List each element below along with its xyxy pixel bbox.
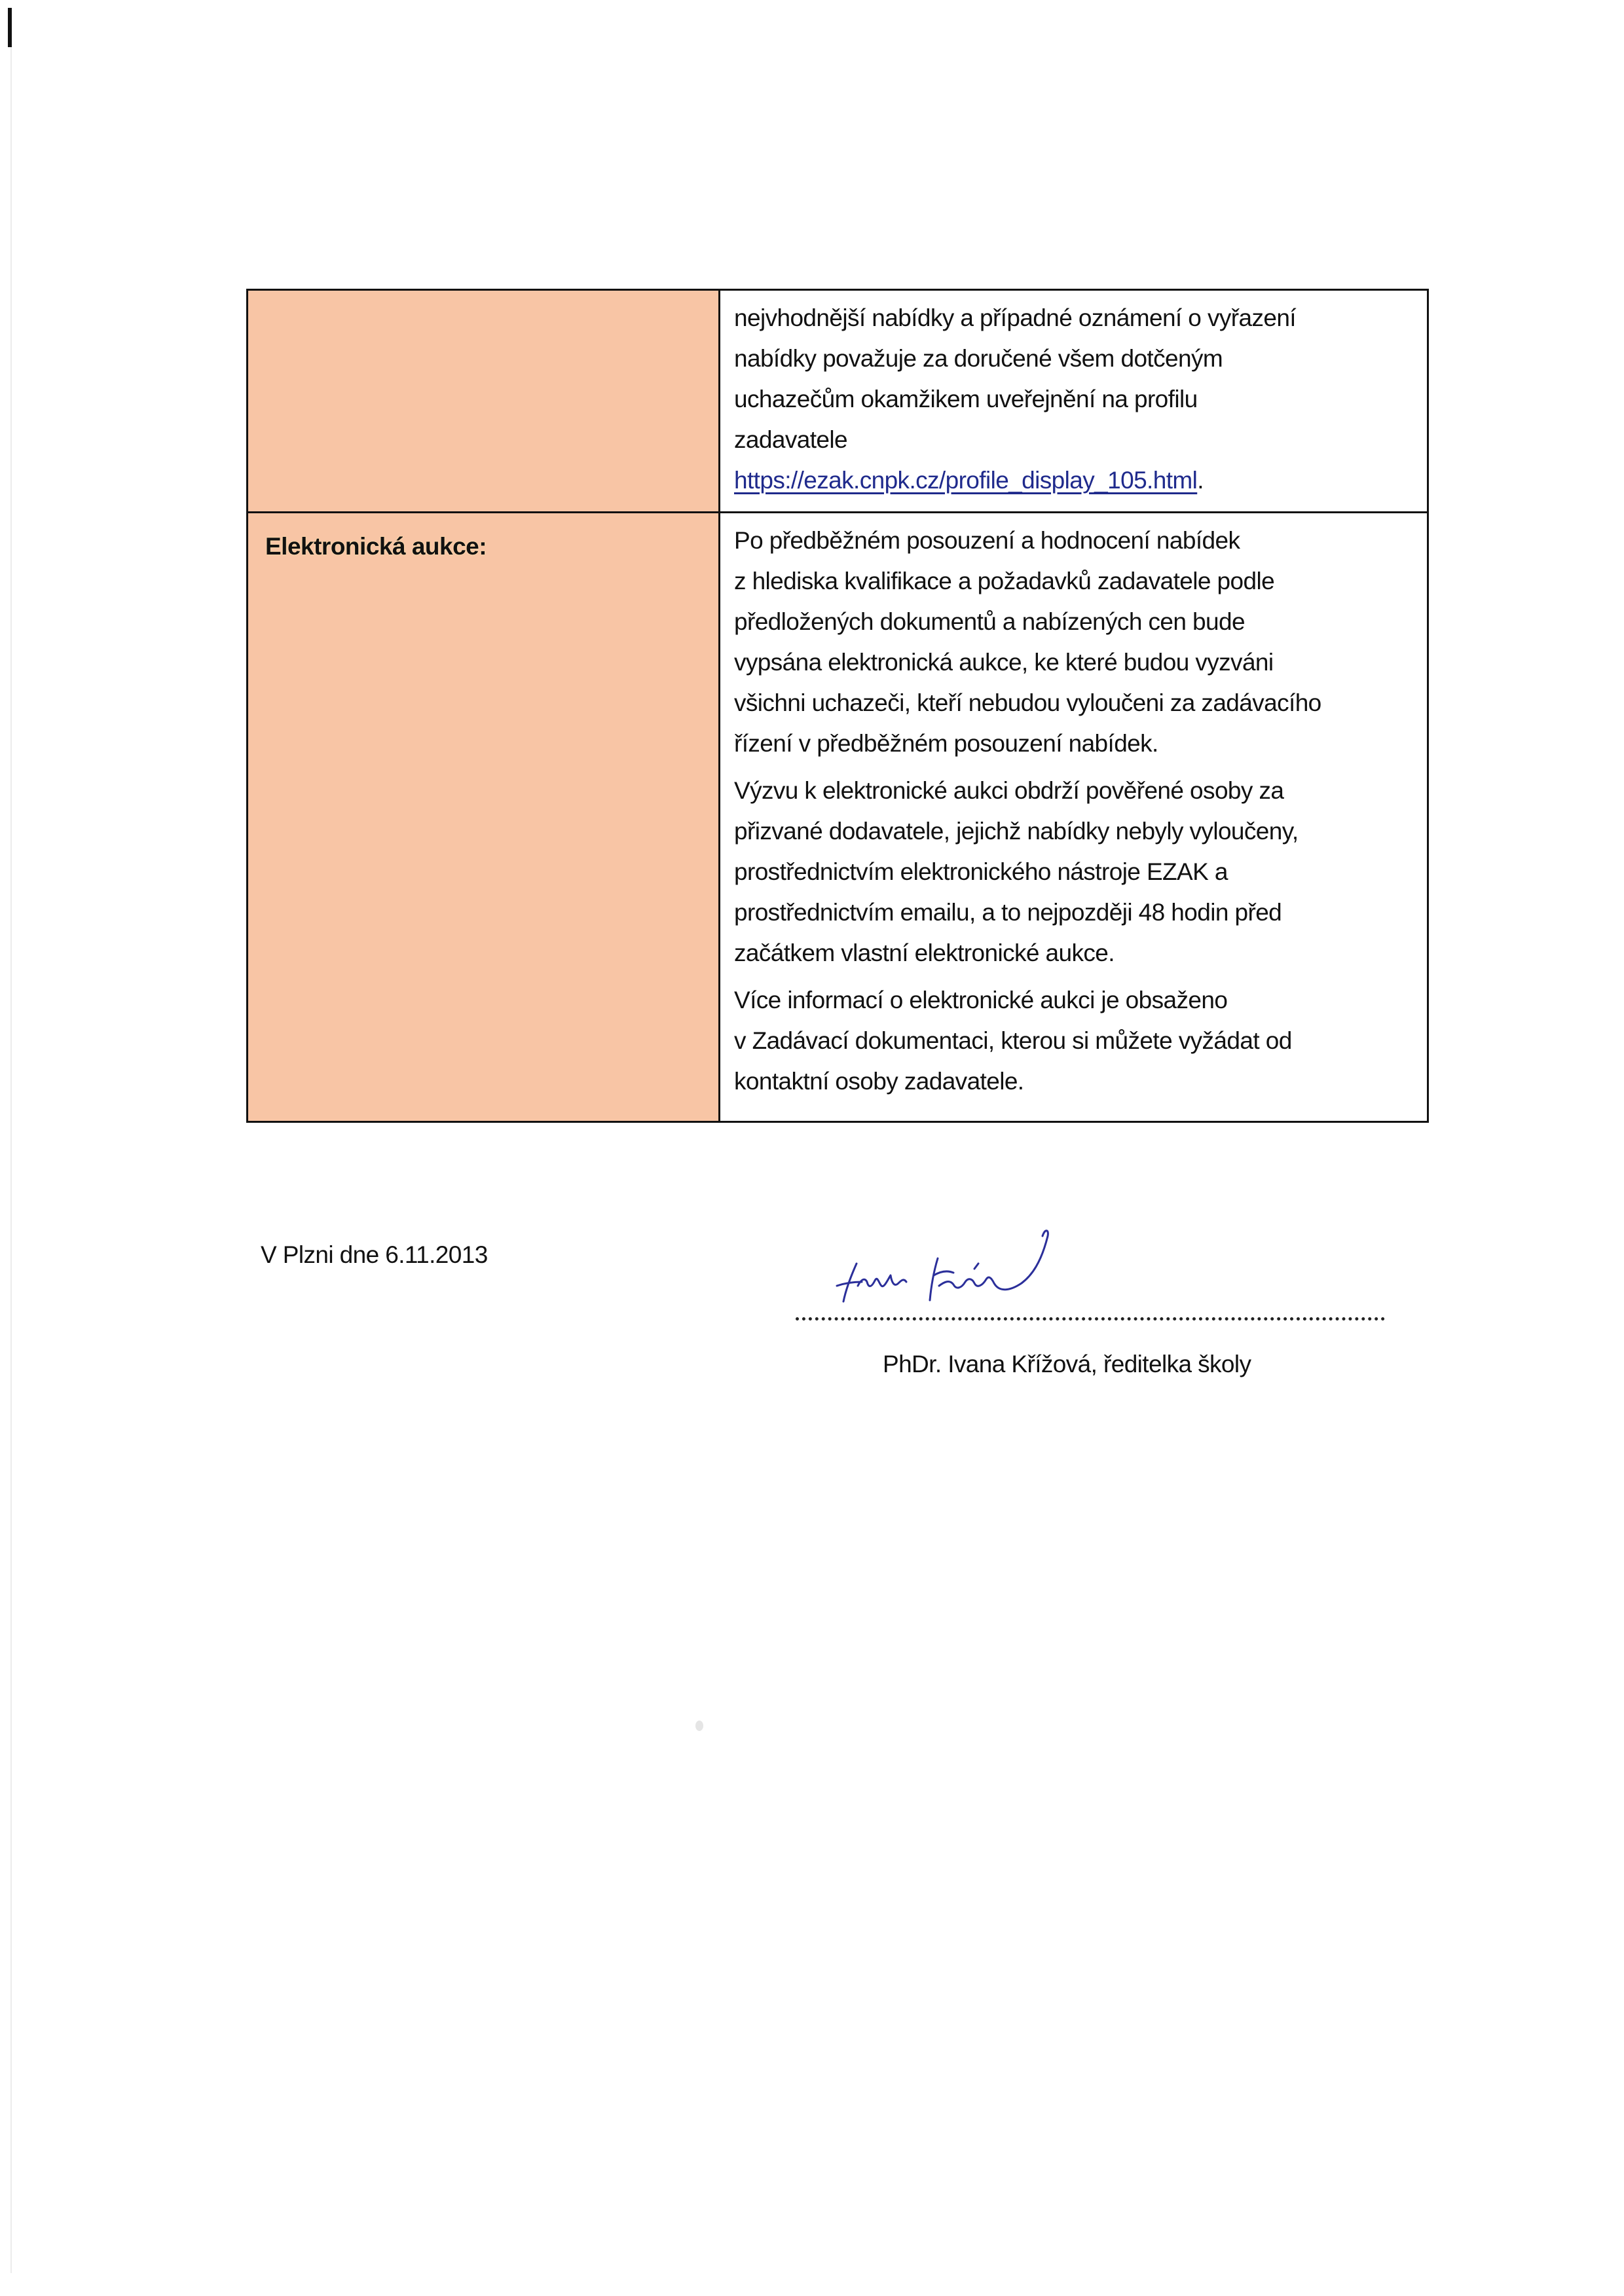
scan-artifact-bar [8, 8, 12, 47]
text-line: řízení v předběžném posouzení nabídek. [734, 723, 1414, 764]
text-line: zadavatele [734, 420, 1414, 460]
text-line: všichni uchazeči, kteří nebudou vyloučen… [734, 683, 1414, 723]
link-suffix: . [1197, 467, 1204, 494]
text-line: nejvhodnější nabídky a případné oznámení… [734, 298, 1414, 338]
handwritten-signature-icon [832, 1223, 1146, 1308]
label-cell [248, 290, 720, 513]
paragraph: Po předběžném posouzení a hodnocení nabí… [734, 520, 1414, 764]
text-line: začátkem vlastní elektronické aukce. [734, 933, 1414, 974]
scan-artifact-line [10, 47, 12, 2273]
row-label-electronic-auction: Elektronická aukce: [248, 513, 718, 567]
text-line: prostřednictvím elektronického nástroje … [734, 852, 1414, 892]
text-line: Po předběžném posouzení a hodnocení nabí… [734, 520, 1414, 561]
row-label [248, 291, 718, 304]
value-cell: Po předběžném posouzení a hodnocení nabí… [720, 513, 1428, 1122]
text-line: Více informací o elektronické aukci je o… [734, 980, 1414, 1021]
text-line: přizvané dodavatele, jejichž nabídky neb… [734, 811, 1414, 852]
value-cell: nejvhodnější nabídky a případné oznámení… [720, 290, 1428, 513]
signature-line [796, 1317, 1385, 1324]
text-line: prostřednictvím emailu, a to nejpozději … [734, 892, 1414, 933]
value-text: nejvhodnější nabídky a případné oznámení… [720, 291, 1427, 501]
text-line: Výzvu k elektronické aukci obdrží pověře… [734, 771, 1414, 811]
link-line: https://ezak.cnpk.cz/profile_display_105… [734, 460, 1414, 501]
paragraph: Výzvu k elektronické aukci obdrží pověře… [734, 771, 1414, 974]
place-and-date: V Plzni dne 6.11.2013 [261, 1239, 488, 1271]
table-row: nejvhodnější nabídky a případné oznámení… [248, 290, 1428, 513]
text-line: předložených dokumentů a nabízených cen … [734, 602, 1414, 642]
text-line: vypsána elektronická aukce, ke které bud… [734, 642, 1414, 683]
paragraph: Více informací o elektronické aukci je o… [734, 980, 1414, 1102]
table-row: Elektronická aukce: Po předběžném posouz… [248, 513, 1428, 1122]
profile-link[interactable]: https://ezak.cnpk.cz/profile_display_105… [734, 467, 1197, 494]
text-line: kontaktní osoby zadavatele. [734, 1061, 1414, 1102]
value-text: Po předběžném posouzení a hodnocení nabí… [720, 513, 1427, 1102]
label-cell: Elektronická aukce: [248, 513, 720, 1122]
scan-artifact-dot [695, 1721, 703, 1731]
text-line: uchazečům okamžikem uveřejnění na profil… [734, 379, 1414, 420]
text-line: z hlediska kvalifikace a požadavků zadav… [734, 561, 1414, 602]
paragraph: nejvhodnější nabídky a případné oznámení… [734, 298, 1414, 501]
info-table: nejvhodnější nabídky a případné oznámení… [246, 289, 1429, 1123]
text-line: v Zadávací dokumentaci, kterou si můžete… [734, 1021, 1414, 1061]
signer-name: PhDr. Ivana Křížová, ředitelka školy [883, 1345, 1251, 1384]
text-line: nabídky považuje za doručené všem dotčen… [734, 338, 1414, 379]
